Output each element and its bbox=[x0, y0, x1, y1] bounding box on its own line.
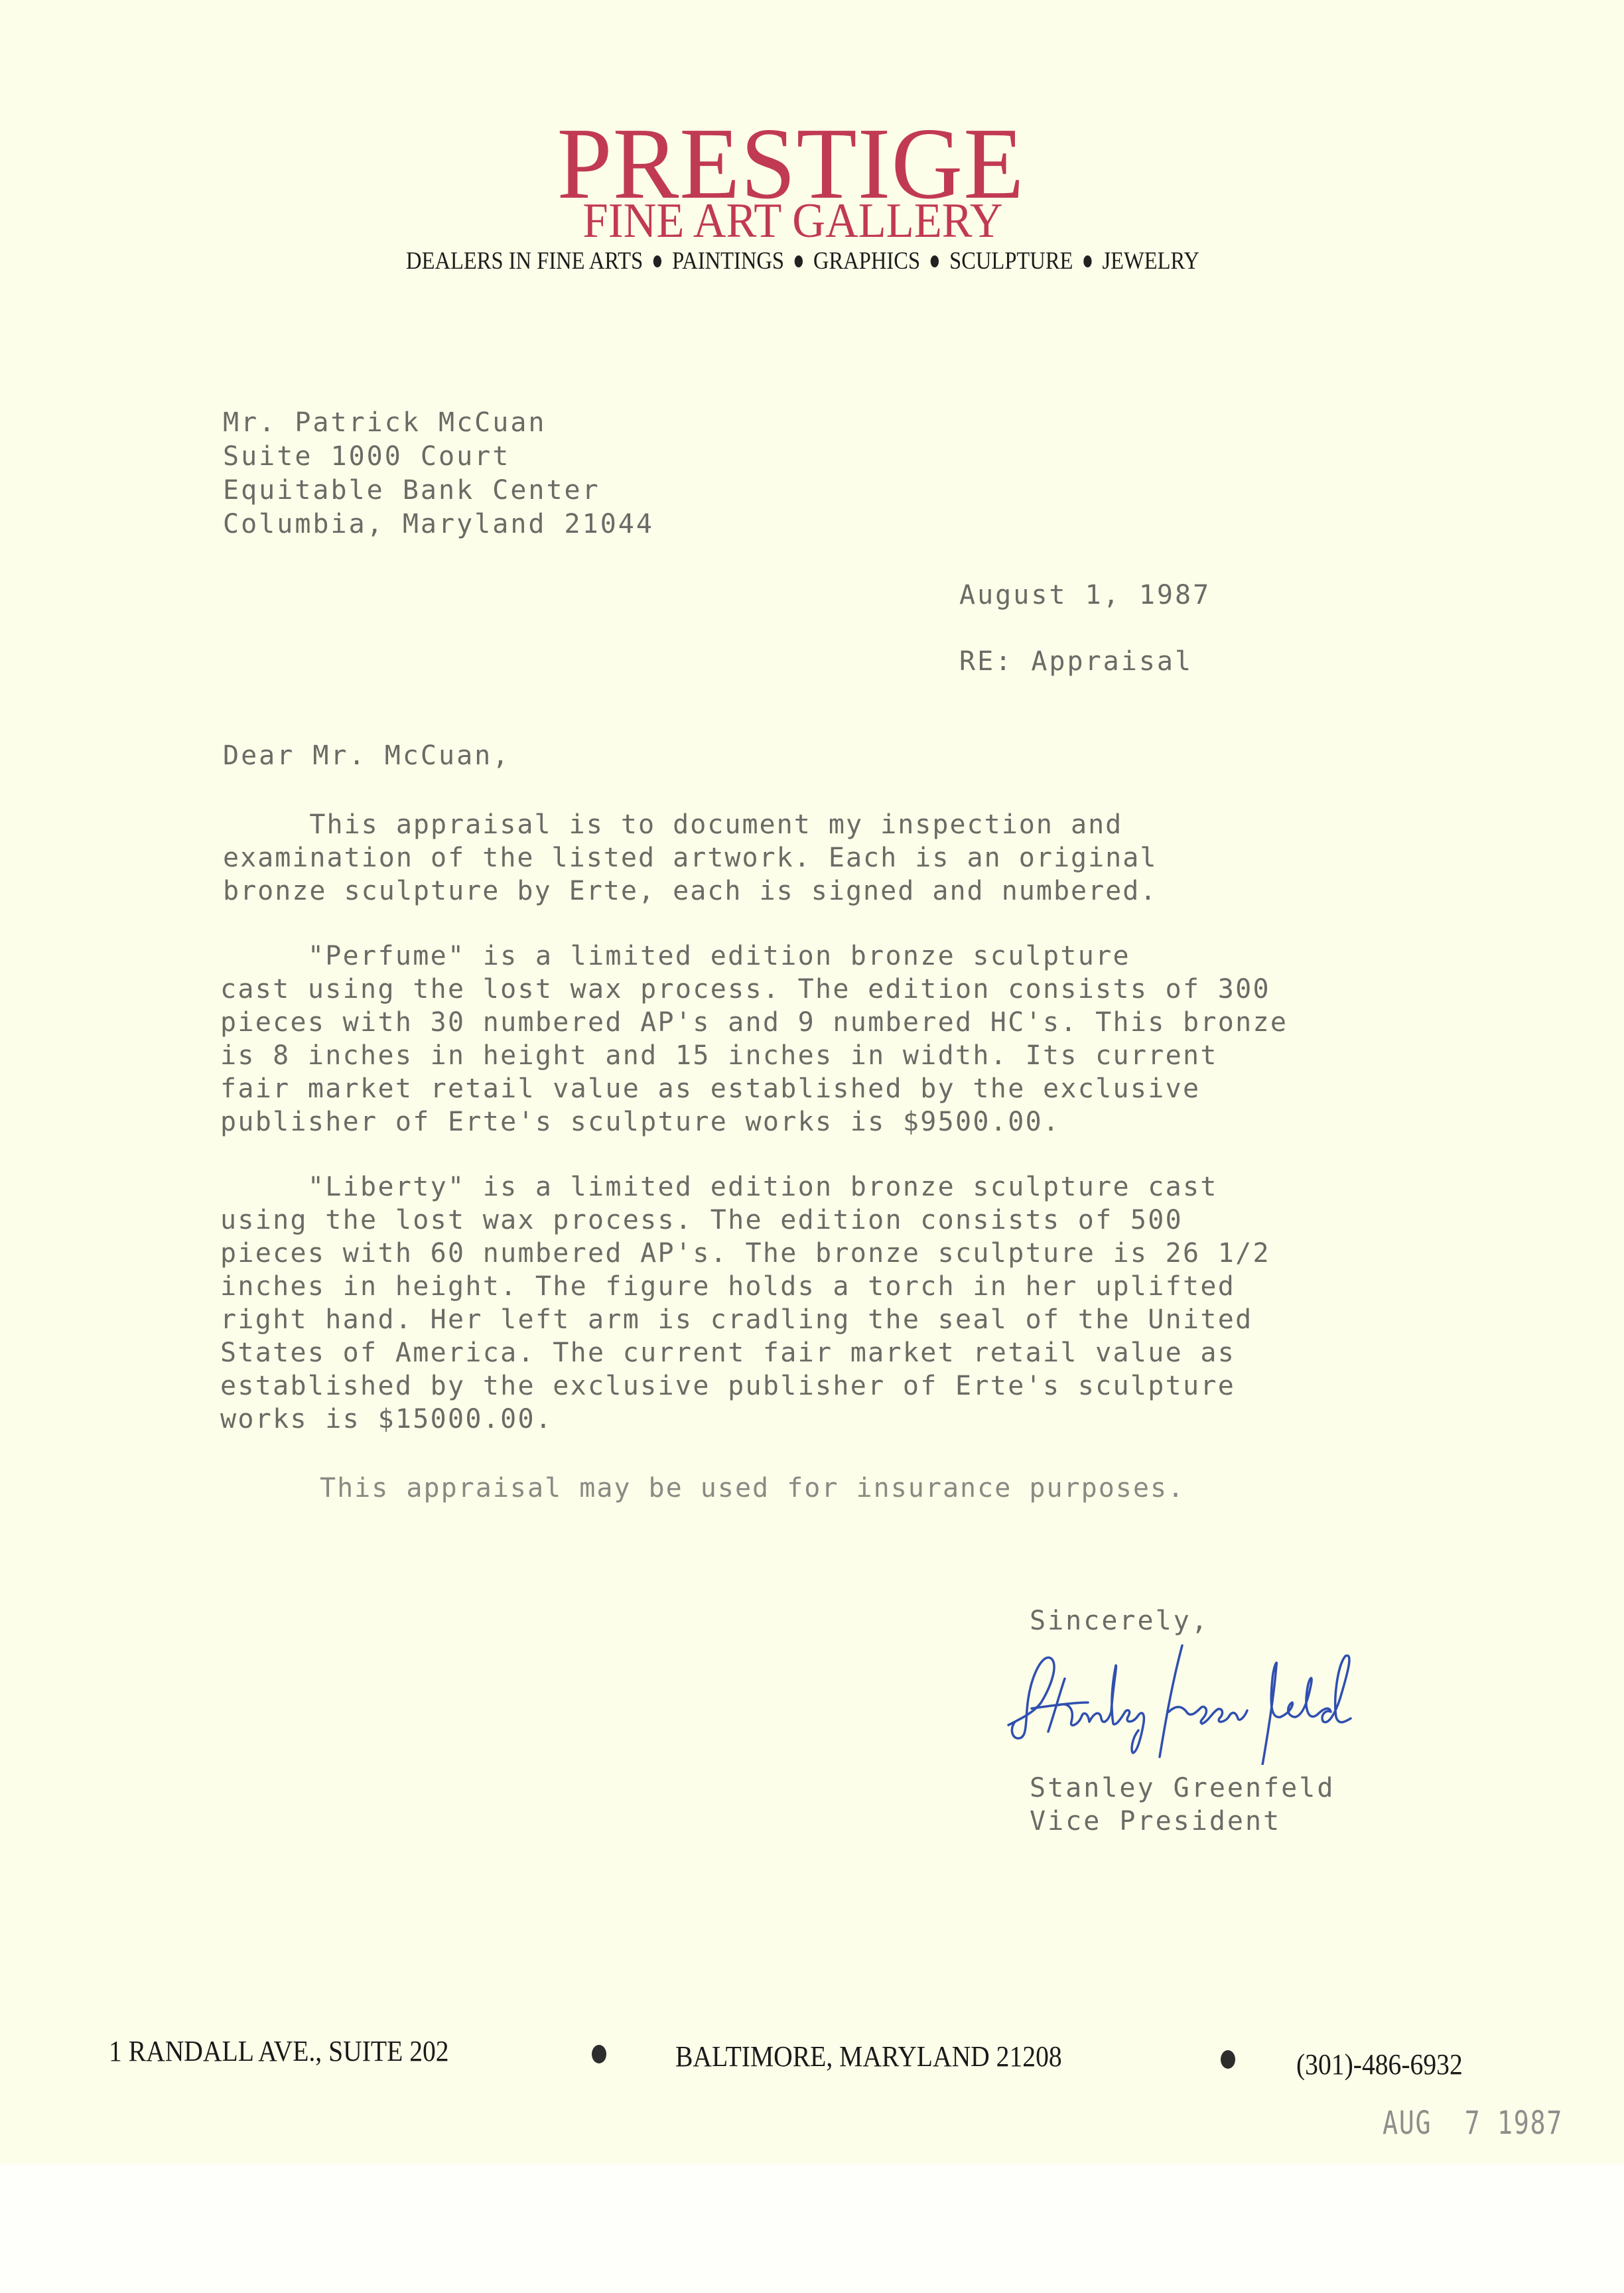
bullet-icon bbox=[1221, 2050, 1235, 2069]
text-line: fair market retail value as established … bbox=[220, 1072, 1288, 1105]
closing: Sincerely, bbox=[1030, 1606, 1209, 1636]
recipient-line: Mr. Patrick McCuan bbox=[223, 406, 654, 440]
text-line: examination of the listed artwork. Each … bbox=[223, 841, 1157, 874]
handwritten-signature-icon bbox=[995, 1639, 1367, 1765]
text-line: publisher of Erte's sculpture works is $… bbox=[220, 1105, 1288, 1139]
text-line: pieces with 30 numbered AP's and 9 numbe… bbox=[220, 1006, 1288, 1039]
service-paintings: PAINTINGS bbox=[672, 247, 784, 275]
received-date-stamp: AUG 7 1987 bbox=[1383, 2105, 1563, 2142]
bullet-icon bbox=[653, 255, 661, 267]
service-jewelry: JEWELRY bbox=[1102, 247, 1199, 275]
gallery-subtitle: FINE ART GALLERY bbox=[549, 196, 1037, 245]
text-line: works is $15000.00. bbox=[220, 1403, 1270, 1436]
text-line: is 8 inches in height and 15 inches in w… bbox=[220, 1039, 1288, 1072]
footer-city: BALTIMORE, MARYLAND 21208 bbox=[675, 2040, 1062, 2073]
services-line: DEALERS IN FINE ARTSPAINTINGSGRAPHICSSCU… bbox=[400, 248, 1205, 275]
signer-title: Vice President bbox=[1030, 1806, 1281, 1837]
text-line: established by the exclusive publisher o… bbox=[220, 1369, 1270, 1403]
signer-name: Stanley Greenfeld bbox=[1030, 1773, 1335, 1803]
subject-line: RE: Appraisal bbox=[959, 646, 1193, 677]
perfume-paragraph: "Perfume" is a limited edition bronze sc… bbox=[220, 939, 1288, 1139]
text-line: "Liberty" is a limited edition bronze sc… bbox=[220, 1170, 1270, 1204]
insurance-note: This appraisal may be used for insurance… bbox=[320, 1472, 1185, 1505]
service-graphics: GRAPHICS bbox=[813, 247, 920, 275]
text-line: "Perfume" is a limited edition bronze sc… bbox=[220, 939, 1288, 973]
liberty-paragraph: "Liberty" is a limited edition bronze sc… bbox=[220, 1170, 1270, 1436]
text-line: using the lost wax process. The edition … bbox=[220, 1204, 1270, 1237]
service-sculpture: SCULPTURE bbox=[949, 247, 1073, 275]
service-dealers: DEALERS IN FINE ARTS bbox=[406, 247, 643, 275]
letter-page: PRESTIGE FINE ART GALLERY DEALERS IN FIN… bbox=[0, 0, 1624, 2164]
text-line: inches in height. The figure holds a tor… bbox=[220, 1270, 1270, 1303]
text-line: States of America. The current fair mark… bbox=[220, 1336, 1270, 1369]
recipient-line: Equitable Bank Center bbox=[223, 474, 654, 508]
text-line: bronze sculpture by Erte, each is signed… bbox=[223, 874, 1157, 908]
text-line: right hand. Her left arm is cradling the… bbox=[220, 1303, 1270, 1336]
recipient-address: Mr. Patrick McCuanSuite 1000 CourtEquita… bbox=[223, 406, 654, 541]
letter-date: August 1, 1987 bbox=[959, 580, 1211, 610]
recipient-line: Suite 1000 Court bbox=[223, 440, 654, 474]
text-line: pieces with 60 numbered AP's. The bronze… bbox=[220, 1237, 1270, 1270]
intro-paragraph: This appraisal is to document my inspect… bbox=[223, 808, 1157, 908]
text-line: cast using the lost wax process. The edi… bbox=[220, 973, 1288, 1006]
bullet-icon bbox=[931, 255, 939, 267]
bullet-icon bbox=[592, 2045, 606, 2063]
footer-street: 1 RANDALL AVE., SUITE 202 bbox=[109, 2034, 449, 2068]
recipient-line: Columbia, Maryland 21044 bbox=[223, 508, 654, 541]
salutation: Dear Mr. McCuan, bbox=[223, 740, 510, 771]
text-line: This appraisal is to document my inspect… bbox=[223, 808, 1157, 841]
bullet-icon bbox=[795, 255, 803, 267]
footer-phone: (301)-486-6932 bbox=[1296, 2048, 1463, 2081]
bullet-icon bbox=[1083, 255, 1091, 267]
